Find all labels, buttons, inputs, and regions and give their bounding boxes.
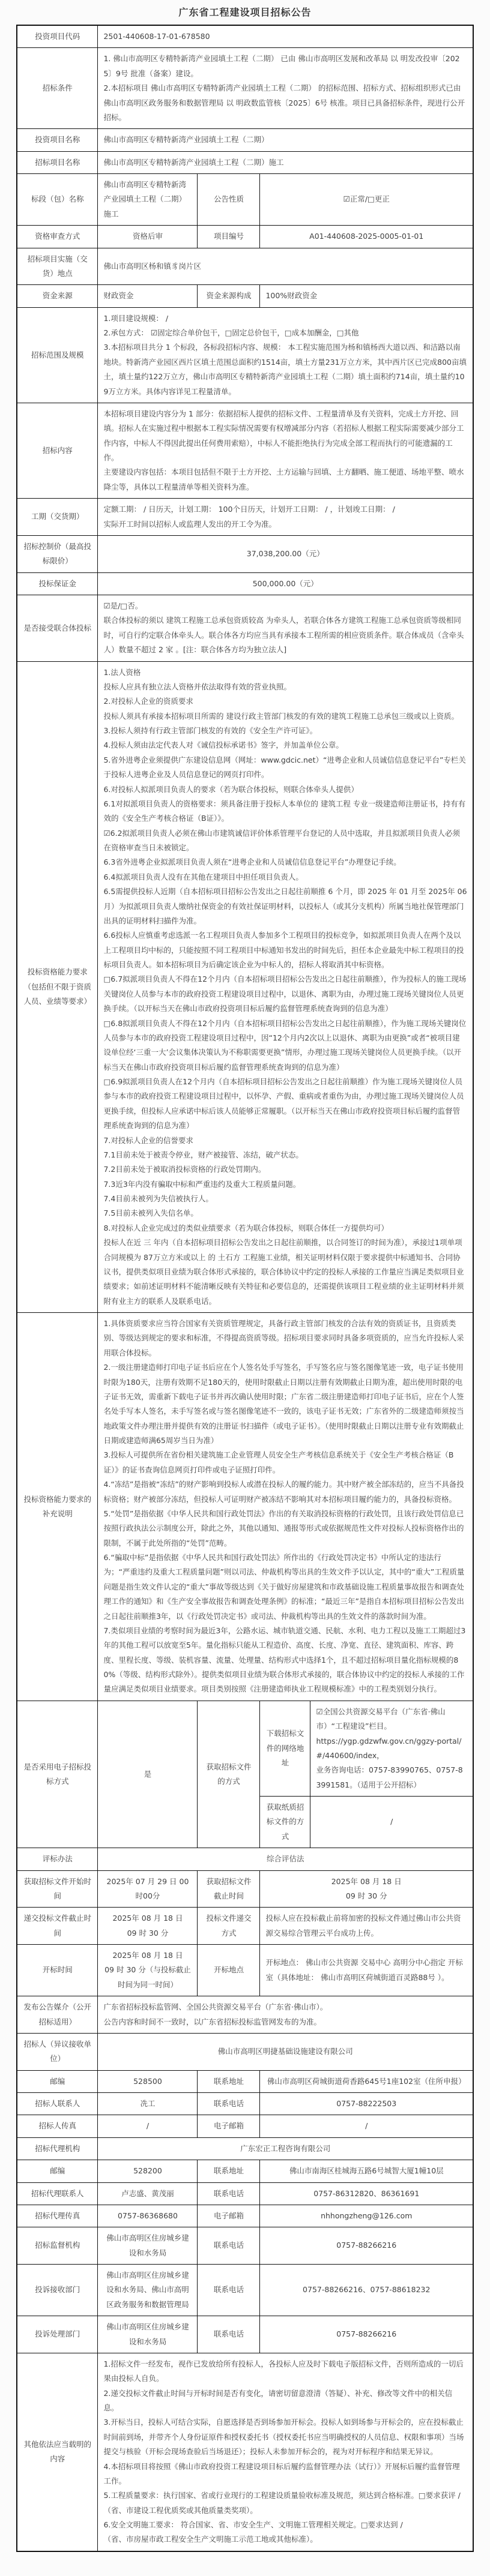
field-label: 资金来源构成 (198, 285, 260, 307)
field-value: ☑是/□否。 联合体投标的须以 建筑工程施工总承包资质较高 为牵头人，若联合体各… (98, 595, 473, 662)
field-value: 本招标项目建设内容分为 1 部分：依据招标人提供的招标文件、工程量清单及有关资料… (98, 403, 473, 498)
field-label: 获取纸质招标文件的方式 (260, 1797, 310, 1848)
field-label: 招标代理机构 (17, 2137, 98, 2160)
row-document-acquisition-times: 获取招标文件开始时间 2025年 07 月 29 日 00 时00分 获取招标文… (17, 1870, 473, 1908)
field-label: 招标控制价（最高投标限价） (17, 535, 98, 572)
field-label: 开标地点 (198, 1945, 260, 1996)
field-value: 2025年 07 月 29 日 00 时00分 (98, 1870, 198, 1908)
field-value: 佛山市高明区明捷基础设施建设有限公司 (98, 2033, 473, 2070)
field-label: 工期（交货期） (17, 499, 98, 536)
row-tenderer-postcode-address: 邮编 528500 联系地址 佛山市高明区荷城街道荷香路645号1座102室（住… (17, 2070, 473, 2092)
field-value: 佛山市高明区专精特新湾产业园填土工程（二期） (98, 129, 473, 151)
row-bid-bond: 投标保证金 500,000.00（元） (17, 572, 473, 595)
field-value: 37,038,200.00（元） (98, 535, 473, 572)
field-label: 下载招标文件的网络地址 (260, 1701, 310, 1796)
row-construction-period: 工期（交货期） 定额工期： / 日历天，计划工期： 100个日历天，计划开工日期… (17, 499, 473, 536)
field-label: 招标代理传真 (17, 2205, 98, 2227)
field-value: 100%财政资金 (260, 285, 473, 307)
field-label: 投资项目名称 (17, 129, 98, 151)
field-label: 是否接受联合体投标 (17, 595, 98, 662)
field-value: 0757-88266216、0757-88618232 (260, 2265, 473, 2316)
field-label: 招标人传真 (17, 2115, 98, 2137)
field-value: 1.具体资质要求应当符合国家有关资质管理规定，具备行政主管部门核发的合法有效的资… (98, 1313, 473, 1701)
field-label: 投标文件递交方式 (198, 1908, 260, 1945)
field-value: 定额工期： / 日历天，计划工期： 100个日历天，计划开工日期： / ，计划竣… (98, 499, 473, 536)
row-bid-submission-deadline: 递交投标文件截止时间 2025年 08 月 18 日 09 时 30 分 投标文… (17, 1908, 473, 1945)
row-tender-agency: 招标代理机构 广东宏正工程咨询有限公司 (17, 2137, 473, 2160)
field-label: 联系地址 (198, 2160, 260, 2182)
field-value: 2025年 08 月 18 日 09 时 30 分 (98, 1908, 198, 1945)
field-label: 资格审查方式 (17, 226, 98, 248)
row-tenderer-fax-email: 招标人传真 / 电子邮箱 / (17, 2115, 473, 2137)
field-value: / (260, 2115, 473, 2137)
field-label: 发布公告媒介（公开招标适用） (17, 1996, 98, 2034)
document-page: 广东省工程建设项目招标公告 投资项目代码 2501-440608-17-01-6… (0, 0, 490, 2576)
field-label: 标段（包）名称 (17, 174, 98, 226)
row-supervision-authority: 招标监督机构 佛山市高明区住房城乡建设和水务局 联系电话 0757-882662… (17, 2227, 473, 2265)
row-tender-scope-and-scale: 招标范围及规模 1.项目建设规模： / 2.承包方式： ☑固定综合单价包干，□固… (17, 307, 473, 403)
field-label: 开标时间 (17, 1945, 98, 1996)
field-label: 是否采用电子招标投标方式 (17, 1701, 98, 1848)
field-value: 资格后审 (98, 226, 198, 248)
field-value: 528500 (98, 2070, 198, 2092)
row-consortium-bidding: 是否接受联合体投标 ☑是/□否。 联合体投标的须以 建筑工程施工总承包资质较高 … (17, 595, 473, 662)
field-value: 卢志盛、黄茂丽 (98, 2182, 198, 2205)
field-label: 招标人（异议接收单位） (17, 2033, 98, 2070)
download-url-value: ☑全国公共资源交易平台（广东省·佛山市）“工程建设”栏目。 https://yg… (310, 1701, 473, 1796)
field-label: 其他依法应当载明的内容 (17, 2353, 98, 2551)
field-label: 投标资格能力要求的补充说明 (17, 1313, 98, 1701)
field-value: 1.招标文件一经发布，视作已发放给所有投标人，各投标人应及时下载电子版招标文件，… (98, 2353, 473, 2551)
row-tenderer-contact: 招标人联系人 冼工 联系电话 0757-88222503 (17, 2093, 473, 2115)
field-value: 是 (98, 1701, 198, 1848)
field-value: / (310, 1797, 473, 1848)
field-value: 佛山市高明区专精特新湾产业园填土工程（二期）施工 (98, 151, 473, 173)
field-label: 招标范围及规模 (17, 307, 98, 403)
field-value: 0757-88266216 (260, 2316, 473, 2353)
field-value: 佛山市高明区荷城街道荷香路645号1座102室（住所申报） (260, 2070, 473, 2092)
field-value: 0757-86368680 (98, 2205, 198, 2227)
field-label: 联系电话 (198, 2227, 260, 2265)
field-label: 联系电话 (198, 2265, 260, 2316)
row-investment-project-code: 投资项目代码 2501-440608-17-01-678580 (17, 25, 473, 48)
field-value: 2025年 08 月 18 日 09 时 30 分 (260, 1870, 473, 1908)
field-value: 佛山市高明区住房城乡建设和水务局 (98, 2227, 198, 2265)
row-tender-content: 招标内容 本招标项目建设内容分为 1 部分：依据招标人提供的招标文件、工程量清单… (17, 403, 473, 498)
row-bid-opening-time-and-place: 开标时间 2025年 08 月 18 日 09 时 30 分（与投标截止时间为同… (17, 1945, 473, 1996)
field-value: nhhongzheng@126.com (260, 2205, 473, 2227)
field-value: 佛山市高明区专精特新湾产业园填土工程（二期）施工 (98, 174, 198, 226)
field-value: 0757-86312820、86361691 (260, 2182, 473, 2205)
field-label: 公告性质 (198, 174, 260, 226)
field-label: 项目编号 (198, 226, 260, 248)
field-value: 综合评估法 (98, 1848, 473, 1870)
row-evaluation-method: 评标办法 综合评估法 (17, 1848, 473, 1870)
row-announcement-media: 发布公告媒介（公开招标适用） 广东省招标投标监管网、全国公共资源交易平台（广东省… (17, 1996, 473, 2034)
row-agency-fax-email: 招标代理传真 0757-86368680 电子邮箱 nhhongzheng@12… (17, 2205, 473, 2227)
row-other-legally-required-content: 其他依法应当载明的内容 1.招标文件一经发布，视作已发放给所有投标人，各投标人应… (17, 2353, 473, 2551)
row-qualification-supplementary-notes: 投标资格能力要求的补充说明 1.具体资质要求应当符合国家有关资质管理规定，具备行… (17, 1313, 473, 1701)
row-project-location: 招标项目实施（交货）地点 佛山市高明区杨和镇豸岗片区 (17, 248, 473, 285)
field-value: 1. 佛山市高明区专精特新湾产业园填土工程（二期） 已由 佛山市高明区发展和改革… (98, 48, 473, 129)
field-value: 0757-88266216 (260, 2227, 473, 2265)
field-label: 招标条件 (17, 48, 98, 129)
row-agency-contact: 招标代理联系人 卢志盛、黄茂丽 联系电话 0757-86312820、86361… (17, 2182, 473, 2205)
field-label: 获取招标文件截止时间 (198, 1870, 260, 1908)
field-value: 1.项目建设规模： / 2.承包方式： ☑固定综合单价包干，□固定总价包干，□成… (98, 307, 473, 403)
row-tender-conditions: 招标条件 1. 佛山市高明区专精特新湾产业园填土工程（二期） 已由 佛山市高明区… (17, 48, 473, 129)
field-value: 广东宏正工程咨询有限公司 (98, 2137, 473, 2160)
field-label: 投资项目代码 (17, 25, 98, 48)
field-label: 联系电话 (198, 2182, 260, 2205)
field-label: 递交投标文件截止时间 (17, 1908, 98, 1945)
field-label: 获取招标文件开始时间 (17, 1870, 98, 1908)
field-label: 招标人联系人 (17, 2093, 98, 2115)
field-label: 投诉接收部门 (17, 2265, 98, 2316)
tender-announcement-table: 投资项目代码 2501-440608-17-01-678580 招标条件 1. … (16, 25, 474, 2552)
row-price-ceiling: 招标控制价（最高投标限价） 37,038,200.00（元） (17, 535, 473, 572)
row-bidder-qualification-requirements: 投标资格能力要求（包括但不限于资质人员、业绩等要求） 1.法人资格 投标人应具有… (17, 661, 473, 1313)
field-value: 500,000.00（元） (98, 572, 473, 595)
row-tenderer: 招标人（异议接收单位） 佛山市高明区明捷基础设施建设有限公司 (17, 2033, 473, 2070)
field-label: 电子邮箱 (198, 2205, 260, 2227)
field-value: 佛山市高明区住房城乡建设和水务局 (98, 2316, 198, 2353)
field-label: 招标项目名称 (17, 151, 98, 173)
field-label: 投标保证金 (17, 572, 98, 595)
row-tender-project-name: 招标项目名称 佛山市高明区专精特新湾产业园填土工程（二期）施工 (17, 151, 473, 173)
field-value: 佛山市高明区杨和镇豸岗片区 (98, 248, 473, 285)
field-value: / (98, 2115, 198, 2137)
row-agency-postcode-address: 邮编 528200 联系地址 佛山市南海区桂城海五路6号城智大厦1幢10层 (17, 2160, 473, 2182)
field-label: 获取招标文件的方式 (198, 1701, 260, 1848)
field-value: 佛山市南海区桂城海五路6号城智大厦1幢10层 (260, 2160, 473, 2182)
field-value: 528200 (98, 2160, 198, 2182)
field-value: 财政资金 (98, 285, 198, 307)
field-value: 1.法人资格 投标人应具有独立法人资格并依法取得有效的营业执照。 2.对投标人企… (98, 661, 473, 1313)
field-label: 联系电话 (198, 2316, 260, 2353)
field-label: 投诉处理部门 (17, 2316, 98, 2353)
field-value: 开标地点： 佛山市公共资源 交易中心 高明分中心指定 开标室（具体地址： 佛山市… (260, 1945, 473, 1996)
field-label: 招标监督机构 (17, 2227, 98, 2265)
field-label: 招标项目实施（交货）地点 (17, 248, 98, 285)
field-label: 资金来源 (17, 285, 98, 307)
field-label: 招标内容 (17, 403, 98, 498)
field-label: 投标资格能力要求（包括但不限于资质人员、业绩等要求） (17, 661, 98, 1313)
notice-nature-checkbox-value: ☑正常/□更正 (260, 174, 473, 226)
row-complaint-receiving-department: 投诉接收部门 佛山市高明区住房城乡建设和水务局、佛山市高明区政务服务和数据管理局… (17, 2265, 473, 2316)
field-label: 邮编 (17, 2070, 98, 2092)
field-value: 2501-440608-17-01-678580 (98, 25, 473, 48)
row-qualification-review-and-project-number: 资格审查方式 资格后审 项目编号 A01-440608-2025-0005-01… (17, 226, 473, 248)
field-value: A01-440608-2025-0005-01-01 (260, 226, 473, 248)
field-label: 招标代理联系人 (17, 2182, 98, 2205)
row-investment-project-name: 投资项目名称 佛山市高明区专精特新湾产业园填土工程（二期） (17, 129, 473, 151)
field-value: 佛山市高明区住房城乡建设和水务局、佛山市高明区政务服务和数据管理局 (98, 2265, 198, 2316)
field-value: 冼工 (98, 2093, 198, 2115)
field-value: 投标人应在投标截止前将加密的投标文件通过佛山市公共资源交易综合管理云平台成功上传… (260, 1908, 473, 1945)
row-electronic-bidding-and-document-download: 是否采用电子招标投标方式 是 获取招标文件的方式 下载招标文件的网络地址 ☑全国… (17, 1701, 473, 1796)
field-label: 电子邮箱 (198, 2115, 260, 2137)
field-value: 2025年 08 月 18 日 09 时 30 分（与投标截止时间为同一时间） (98, 1945, 198, 1996)
page-title: 广东省工程建设项目招标公告 (0, 5, 490, 19)
field-label: 联系电话 (198, 2093, 260, 2115)
row-complaint-handling-department: 投诉处理部门 佛山市高明区住房城乡建设和水务局 联系电话 0757-882662… (17, 2316, 473, 2353)
field-label: 评标办法 (17, 1848, 98, 1870)
field-value: 0757-88222503 (260, 2093, 473, 2115)
field-label: 邮编 (17, 2160, 98, 2182)
row-section-name-and-notice-nature: 标段（包）名称 佛山市高明区专精特新湾产业园填土工程（二期）施工 公告性质 ☑正… (17, 174, 473, 226)
row-funding-source: 资金来源 财政资金 资金来源构成 100%财政资金 (17, 285, 473, 307)
field-label: 联系地址 (198, 2070, 260, 2092)
field-value: 广东省招标投标监管网、全国公共资源交易平台（广东省·佛山市）。 公告内容和时间不… (98, 1996, 473, 2034)
